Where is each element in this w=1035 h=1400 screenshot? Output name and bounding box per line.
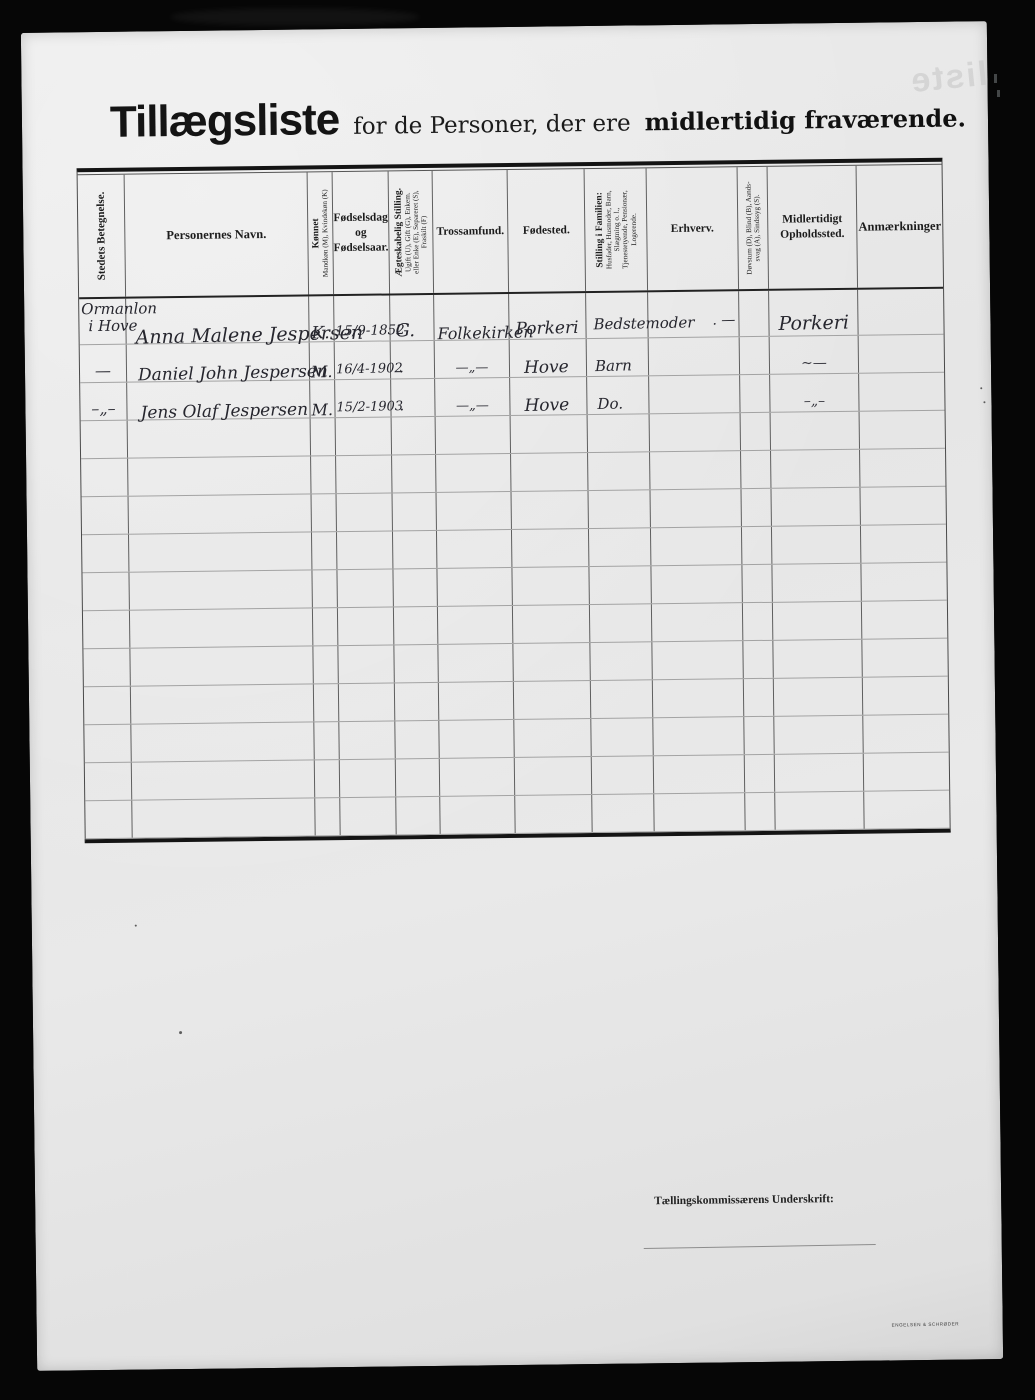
signature-line [644, 1244, 876, 1249]
bleedthrough-ghost-text: liste [836, 55, 989, 109]
cell-anm [864, 753, 949, 791]
cell-navn [131, 684, 314, 723]
cell-anm [863, 677, 948, 715]
cell-sted: Ormanlon i Hove [79, 299, 127, 345]
cell-stilling [591, 718, 653, 756]
handwriting-birthplace: Hove [524, 395, 569, 416]
cell-aegt [395, 721, 439, 759]
header-midlertidigt-opholdssted: Midlertidigt Opholdssted. [768, 166, 858, 289]
cell-sted [83, 649, 130, 687]
handwriting-birthplace: Hove [524, 357, 569, 378]
cell-navn [128, 456, 311, 495]
cell-anm [858, 289, 944, 335]
cell-navn [130, 646, 313, 685]
header-personernes-navn: Personernes Navn. [125, 172, 309, 296]
cell-stilling [592, 756, 654, 794]
cell-fodt [340, 759, 396, 797]
cell-dov [744, 679, 774, 716]
cell-dov [742, 565, 772, 602]
cell-kon [313, 646, 338, 683]
cell-erhverv [654, 793, 745, 831]
paper-speck [179, 1031, 182, 1034]
cell-fodt [337, 493, 393, 531]
cell-fodt [338, 607, 394, 645]
cell-anm [862, 601, 947, 639]
cell-navn: Anna Malene Jespersen [126, 296, 310, 343]
header-label: Opholdssted. [780, 227, 844, 243]
header-sublabel: eller Enke (E), Separeret (S), [411, 188, 420, 277]
cell-fodested [514, 681, 591, 719]
header-label: Fødselsdag [333, 210, 388, 226]
cell-tros [437, 530, 512, 568]
header-label: Fødselsaar. [333, 240, 388, 256]
header-aegteskabelig-stilling: Ægteskabelig Stilling. Ugift (U), Gift (… [389, 171, 434, 294]
cell-tros [436, 416, 511, 454]
header-label: Personernes Navn. [166, 226, 266, 242]
handwriting-marital: G. [395, 320, 415, 341]
paper-speck [983, 401, 985, 403]
handwriting-ditto: ∼— [770, 355, 858, 372]
cell-fodested [513, 605, 590, 643]
cell-stilling [588, 452, 650, 490]
header-sublabel: Mandkøn (M), Kvindekøn (K) [321, 189, 330, 277]
cell-sted [85, 801, 132, 839]
cell-anm [863, 715, 948, 753]
cell-fodested [511, 415, 588, 453]
cell-stilling [589, 490, 651, 528]
header-anmaerkninger: Anmærkninger [857, 165, 943, 288]
cell-stilling [588, 414, 650, 452]
cell-fodested: Hove [510, 377, 587, 415]
header-sublabel: Logerende. [629, 190, 638, 269]
cell-kon: M. [310, 380, 335, 417]
cell-ophold [774, 678, 863, 716]
cell-kon [311, 418, 336, 455]
empty-rows-container [81, 411, 950, 840]
census-table: Stedets Betegnelse. Personernes Navn. Kø… [77, 158, 951, 844]
cell-anm [859, 373, 944, 411]
paper-speck [980, 387, 982, 389]
cell-ophold [771, 412, 860, 450]
cell-dov [740, 375, 770, 412]
cell-fodested [512, 491, 589, 529]
header-stedets-betegnelse: Stedets Betegnelse. [78, 175, 126, 298]
cell-navn [132, 798, 315, 837]
cell-fodt [339, 721, 395, 759]
cell-erhverv [654, 755, 745, 793]
header-stilling-i-familien: Stilling i Familien: Husfader, Husmoder,… [585, 168, 648, 291]
cell-sted [81, 421, 128, 459]
header-fodselsdag: Fødselsdag og Fødselsaar. [333, 171, 390, 294]
header-label: Erhverv. [671, 221, 714, 237]
header-sublabel: Husfader, Husmoder, Barn, [604, 190, 613, 269]
handwriting-ditto: —„— [435, 360, 509, 376]
cell-navn [131, 722, 314, 761]
cell-erhverv [652, 641, 743, 679]
cell-sted [85, 763, 132, 801]
cell-tros: —„— [435, 378, 510, 416]
handwriting-family-position: Barn [595, 356, 632, 375]
cell-ophold: Porkeri [769, 290, 859, 336]
cell-stilling [589, 528, 651, 566]
header-erhverv: Erhverv. [647, 167, 739, 290]
cell-fodt [336, 417, 392, 455]
cell-kon [312, 532, 337, 569]
cell-ophold [773, 602, 862, 640]
header-konnet: Kønnet Mandkøn (M), Kvindekøn (K) [308, 172, 334, 294]
cell-ophold [774, 716, 863, 754]
cell-navn: Jens Olaf Jespersen [127, 380, 310, 419]
cell-fodt: 16/4-1902 [335, 341, 391, 379]
cell-stilling: Bedstemoder [586, 292, 649, 338]
cell-sted [82, 497, 129, 535]
cell-fodt [337, 569, 393, 607]
cell-anm [860, 411, 945, 449]
cell-fodt [337, 531, 393, 569]
cell-stilling: Do. [587, 376, 649, 414]
table-header-row: Stedets Betegnelse. Personernes Navn. Kø… [78, 164, 943, 300]
cell-ophold: –„– [770, 374, 859, 412]
handwriting-sex: M. [311, 400, 333, 419]
cell-aegt [393, 493, 437, 531]
cell-tros [437, 568, 512, 606]
cell-fodt [339, 683, 395, 721]
cell-aegt [396, 797, 440, 835]
form-title-main: Tillægsliste [110, 95, 340, 148]
header-label: Trossamfund. [436, 224, 504, 240]
cell-dov [741, 451, 771, 488]
cell-tros: —„— [435, 340, 510, 378]
cell-ophold [772, 526, 861, 564]
cell-kon [314, 722, 339, 759]
cell-navn [128, 418, 311, 457]
header-label: Stilling i Familien: [594, 191, 605, 270]
cell-kon [311, 456, 336, 493]
cell-anm [860, 487, 945, 525]
cell-aegt [393, 531, 437, 569]
cell-sted [82, 573, 129, 611]
signature-label: Tællingskommissærens Underskrift: [654, 1193, 834, 1207]
cell-stilling: Barn [587, 338, 649, 376]
cell-erhverv: . — [648, 291, 740, 337]
cell-erhverv [649, 375, 740, 413]
cell-kon: M. [310, 342, 335, 379]
cell-erhverv [651, 565, 742, 603]
cell-kon [314, 684, 339, 721]
header-dovstum: Døvstum (D), Blind (B), Aands- svag (A),… [738, 167, 769, 289]
header-label: Fødested. [523, 223, 570, 239]
cell-fodested [511, 453, 588, 491]
cell-aegt [395, 683, 439, 721]
cell-anm [860, 449, 945, 487]
cell-dov [739, 291, 770, 336]
cell-navn [129, 570, 312, 609]
cell-ophold [771, 488, 860, 526]
scan-edge-mark [994, 74, 997, 83]
cell-dov [741, 413, 771, 450]
cell-aegt: . [391, 379, 435, 417]
scan-edge-mark [997, 90, 1000, 97]
handwriting-ditto: –„– [770, 393, 858, 410]
cell-fodested [512, 529, 589, 567]
cell-dov [743, 641, 773, 678]
cell-erhverv [653, 717, 744, 755]
cell-erhverv [653, 679, 744, 717]
cell-dov [741, 489, 771, 526]
cell-sted [82, 535, 129, 573]
header-sublabel: Fraskilt (F) [419, 188, 428, 277]
cell-sted [84, 725, 131, 763]
cell-ophold [773, 640, 862, 678]
cell-kon [313, 608, 338, 645]
cell-kon [315, 760, 340, 797]
cell-sted [84, 687, 131, 725]
cell-ophold [771, 450, 860, 488]
cell-erhverv [650, 413, 741, 451]
form-title: Tillægsliste for de Personer, der ere mi… [110, 87, 966, 147]
cell-navn [129, 494, 312, 533]
cell-fodested [512, 567, 589, 605]
handwriting-sex: K. [311, 323, 330, 343]
cell-aegt [392, 455, 436, 493]
cell-tros [436, 454, 511, 492]
cell-sted [81, 459, 128, 497]
header-label: Stedets Betegnelse. [95, 192, 108, 281]
cell-fodested: Porkeri [509, 293, 587, 339]
paper-speck [135, 925, 137, 927]
cell-tros [440, 758, 515, 796]
cell-ophold: ∼— [770, 336, 859, 374]
header-label: Anmærkninger [858, 218, 941, 234]
cell-erhverv [650, 489, 741, 527]
handwriting-birthplace: Porkeri [515, 318, 578, 339]
header-trossamfund: Trossamfund. [433, 170, 509, 293]
cell-kon [315, 798, 340, 835]
cell-tros [439, 682, 514, 720]
cell-sted: — [80, 345, 127, 383]
handwriting-ditto: –„– [80, 399, 126, 419]
header-sublabel: Tjenestetyende, Pensionær, [620, 190, 629, 269]
cell-kon [312, 570, 337, 607]
cell-tros [437, 492, 512, 530]
cell-dov [745, 755, 775, 792]
cell-fodested [513, 643, 590, 681]
cell-aegt [393, 569, 437, 607]
cell-anm [861, 525, 946, 563]
cell-aegt [394, 607, 438, 645]
cell-anm [859, 335, 944, 373]
handwriting-marital: . [399, 358, 404, 376]
cell-tros [440, 796, 515, 834]
header-label: og [333, 225, 388, 241]
cell-aegt [392, 417, 436, 455]
cell-tros [438, 644, 513, 682]
cell-aegt: . [391, 341, 435, 379]
cell-tros: Folkekirken [434, 294, 510, 340]
cell-dov [744, 717, 774, 754]
cell-erhverv [652, 603, 743, 641]
header-sublabel: svag (A), Sindssyg (S). [752, 181, 761, 274]
cell-dov [743, 603, 773, 640]
cell-dov [745, 793, 775, 830]
cell-navn [129, 532, 312, 571]
cell-erhverv [651, 527, 742, 565]
cell-fodt [340, 797, 396, 835]
header-label: Ægteskabelig Stilling. [393, 188, 404, 277]
handwriting-ditto: — [80, 361, 126, 381]
cell-fodested [515, 795, 592, 833]
cell-stilling [590, 604, 652, 642]
handwriting-family-position: Do. [597, 395, 623, 414]
cell-stilling [589, 566, 651, 604]
cell-anm [864, 791, 949, 829]
cell-sted [83, 611, 130, 649]
cell-ophold [775, 792, 864, 830]
handwriting-ditto: —„— [435, 398, 509, 414]
form-title-subtitle: for de Personer, der ere [353, 111, 631, 140]
cell-tros [438, 606, 513, 644]
header-label: Midlertidigt [780, 212, 844, 228]
cell-erhverv [650, 451, 741, 489]
header-sublabel: Slægtning o. l., [612, 190, 621, 269]
cell-erhverv [649, 337, 740, 375]
cell-kon [312, 494, 337, 531]
cell-fodested: Hove [510, 339, 587, 377]
scan-smudge [170, 8, 420, 26]
cell-anm [862, 639, 947, 677]
handwriting-sex: M. [311, 362, 333, 381]
cell-fodested [515, 757, 592, 795]
cell-anm [861, 563, 946, 601]
cell-tros [439, 720, 514, 758]
cell-fodt: 15/2-1903 [335, 379, 391, 417]
handwriting-marital: . [399, 396, 404, 414]
cell-fodt: 15/9-1852 [334, 295, 391, 341]
header-fodested: Fødested. [508, 169, 586, 292]
cell-aegt [394, 645, 438, 683]
cell-aegt: G. [390, 295, 435, 341]
cell-ophold [772, 564, 861, 602]
handwriting-temporary-residence: Porkeri [778, 312, 849, 335]
printer-mark: ENGELSEN & SCHRØDER [892, 1322, 960, 1329]
cell-sted: –„– [80, 383, 127, 421]
cell-dov [740, 337, 770, 374]
cell-stilling [592, 794, 654, 832]
cell-fodested [514, 719, 591, 757]
cell-fodt [336, 455, 392, 493]
cell-ophold [775, 754, 864, 792]
cell-navn: Daniel John Jespersen [127, 342, 310, 381]
cell-kon: K. [309, 296, 335, 341]
cell-navn [132, 760, 315, 799]
cell-aegt [396, 759, 440, 797]
cell-dov [742, 527, 772, 564]
census-form-sheet: Tillægsliste for de Personer, der ere mi… [21, 21, 1003, 1371]
handwriting-occupation: . — [712, 312, 735, 328]
form-title-subtitle-bold: midlertidig fraværende. [644, 103, 966, 136]
cell-fodt [338, 645, 394, 683]
cell-navn [130, 608, 313, 647]
cell-stilling [591, 680, 653, 718]
cell-stilling [590, 642, 652, 680]
